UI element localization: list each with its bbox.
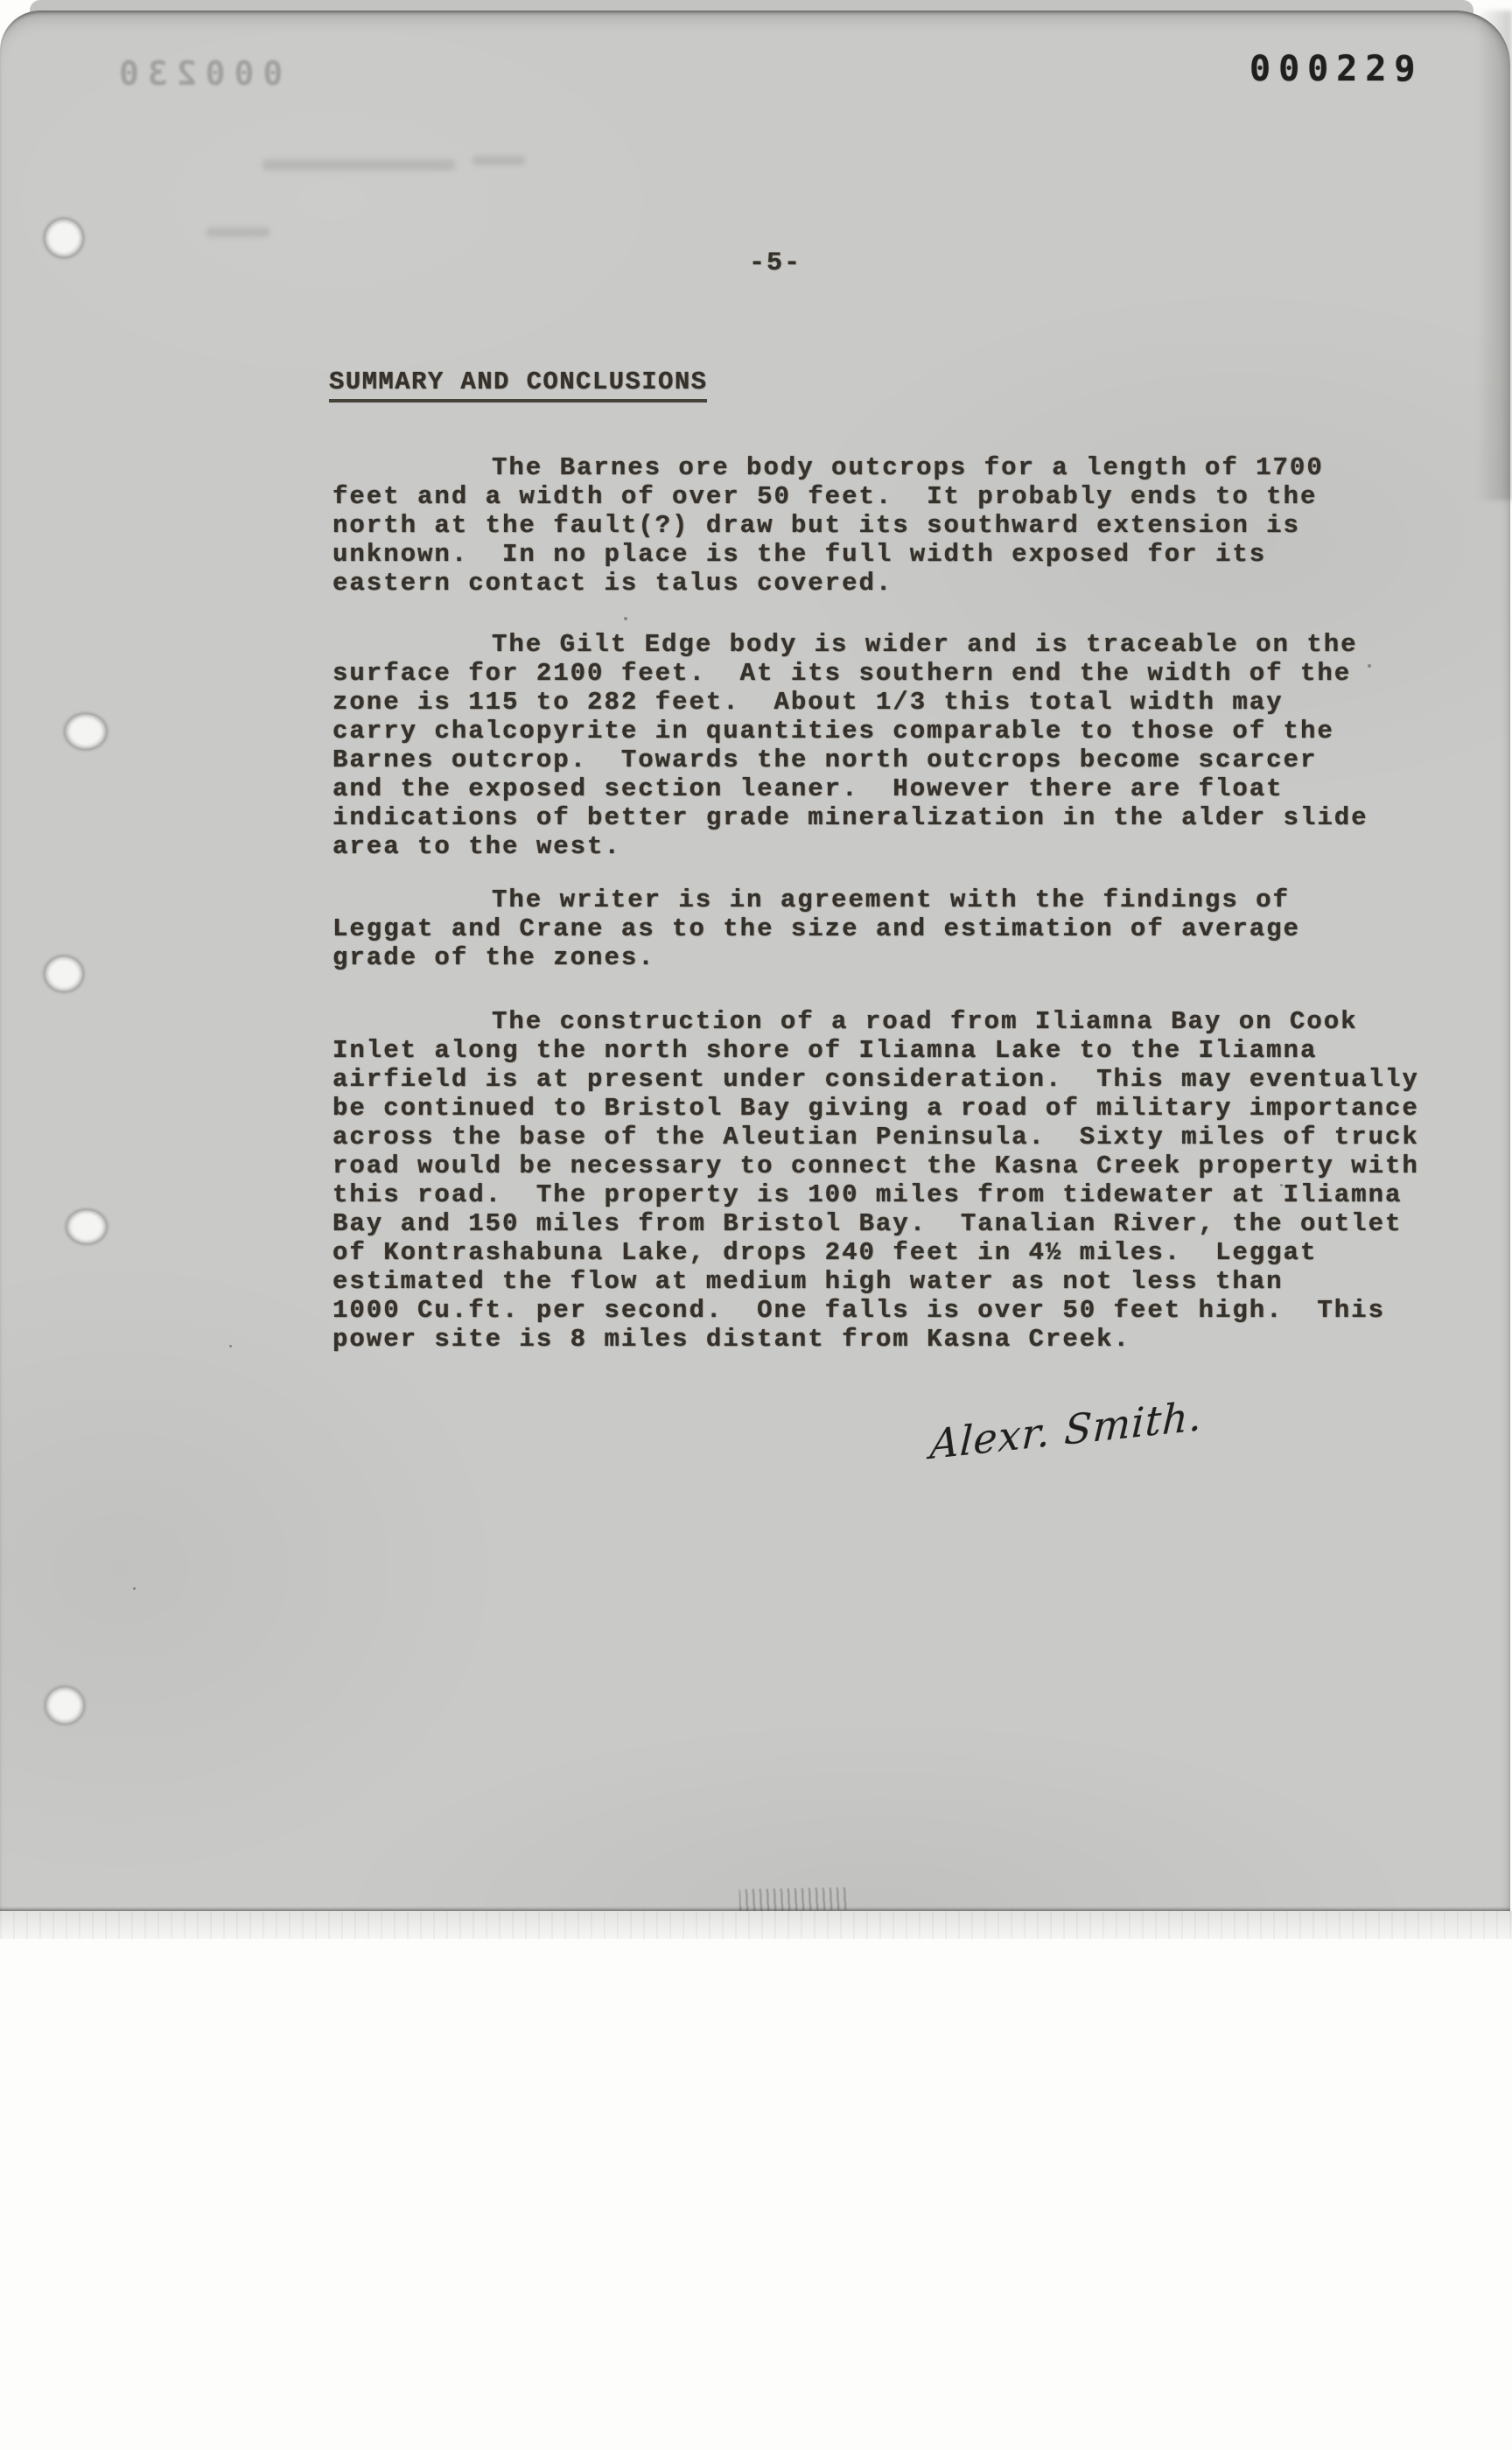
text-line: unknown. In no place is the full width e… <box>332 540 1324 569</box>
bleedthrough-number: 000230 <box>110 54 283 93</box>
dust-speck <box>624 617 627 620</box>
section-heading: SUMMARY AND CONCLUSIONS <box>329 367 707 402</box>
dust-speck <box>1368 664 1371 668</box>
paper: 000230 000229 -5- SUMMARY AND CONCLUSION… <box>0 10 1510 1911</box>
text-line: eastern contact is talus covered. <box>332 569 1324 598</box>
text-line: The writer is in agreement with the find… <box>332 885 1300 914</box>
text-line: The Gilt Edge body is wider and is trace… <box>332 630 1368 659</box>
text-line: across the base of the Aleutian Peninsul… <box>332 1123 1419 1151</box>
paragraph: The Gilt Edge body is wider and is trace… <box>332 630 1368 861</box>
text-line: road would be necessary to connect the K… <box>332 1151 1419 1180</box>
bleedthrough-smudge <box>206 227 269 237</box>
text-line: surface for 2100 feet. At its southern e… <box>332 659 1368 688</box>
text-line: and the exposed section leaner. However … <box>332 774 1368 803</box>
paragraph: The writer is in agreement with the find… <box>332 885 1300 972</box>
text-line: this road. The property is 100 miles fro… <box>332 1180 1419 1209</box>
text-line: estimated the flow at medium high water … <box>332 1267 1419 1296</box>
page-number: -5- <box>749 248 801 278</box>
bottom-edge-marks <box>739 1887 846 1912</box>
signature: Alexr. Smith. <box>929 1386 1263 1468</box>
text-line: area to the west. <box>332 832 1368 861</box>
dust-speck <box>133 1587 136 1590</box>
text-line: airfield is at present under considerati… <box>332 1065 1419 1094</box>
text-line: indications of better grade mineralizati… <box>332 803 1368 832</box>
paragraph: The construction of a road from Iliamna … <box>332 1007 1419 1354</box>
text-line: Barnes outcrop. Towards the north outcro… <box>332 745 1368 774</box>
text-line: zone is 115 to 282 feet. About 1/3 this … <box>332 688 1368 717</box>
stamp-number: 000229 <box>1249 49 1424 89</box>
text-line: power site is 8 miles distant from Kasna… <box>332 1325 1419 1354</box>
text-line: grade of the zones. <box>332 943 1300 972</box>
dust-speck <box>1280 1184 1283 1186</box>
text-line: north at the fault(?) draw but its south… <box>332 511 1324 540</box>
text-line: The construction of a road from Iliamna … <box>332 1007 1419 1036</box>
hole-punch <box>40 952 87 996</box>
paragraph: The Barnes ore body outcrops for a lengt… <box>332 453 1324 598</box>
bleedthrough-smudge <box>472 156 525 165</box>
text-line: carry chalcopyrite in quantities compara… <box>332 717 1368 745</box>
text-line: be continued to Bristol Bay giving a roa… <box>332 1094 1419 1123</box>
page-bottom-edge <box>0 1911 1512 1939</box>
hole-punch <box>41 1683 88 1728</box>
text-line: of Kontrashabuna Lake, drops 240 feet in… <box>332 1238 1419 1267</box>
hole-punch <box>40 214 87 262</box>
text-line: 1000 Cu.ft. per second. One falls is ove… <box>332 1296 1419 1325</box>
text-line: Inlet along the north shore of Iliamna L… <box>332 1036 1419 1065</box>
scanned-page: 000230 000229 -5- SUMMARY AND CONCLUSION… <box>0 0 1512 2450</box>
dust-speck <box>229 1345 232 1347</box>
scan-edge-shadow <box>1477 10 1512 500</box>
hole-punch <box>62 1206 111 1248</box>
bleedthrough-smudge <box>262 159 455 171</box>
hole-punch <box>60 710 111 753</box>
text-line: Bay and 150 miles from Bristol Bay. Tana… <box>332 1209 1419 1238</box>
text-line: Leggat and Crane as to the size and esti… <box>332 914 1300 943</box>
text-line: The Barnes ore body outcrops for a lengt… <box>332 453 1324 482</box>
text-line: feet and a width of over 50 feet. It pro… <box>332 482 1324 511</box>
